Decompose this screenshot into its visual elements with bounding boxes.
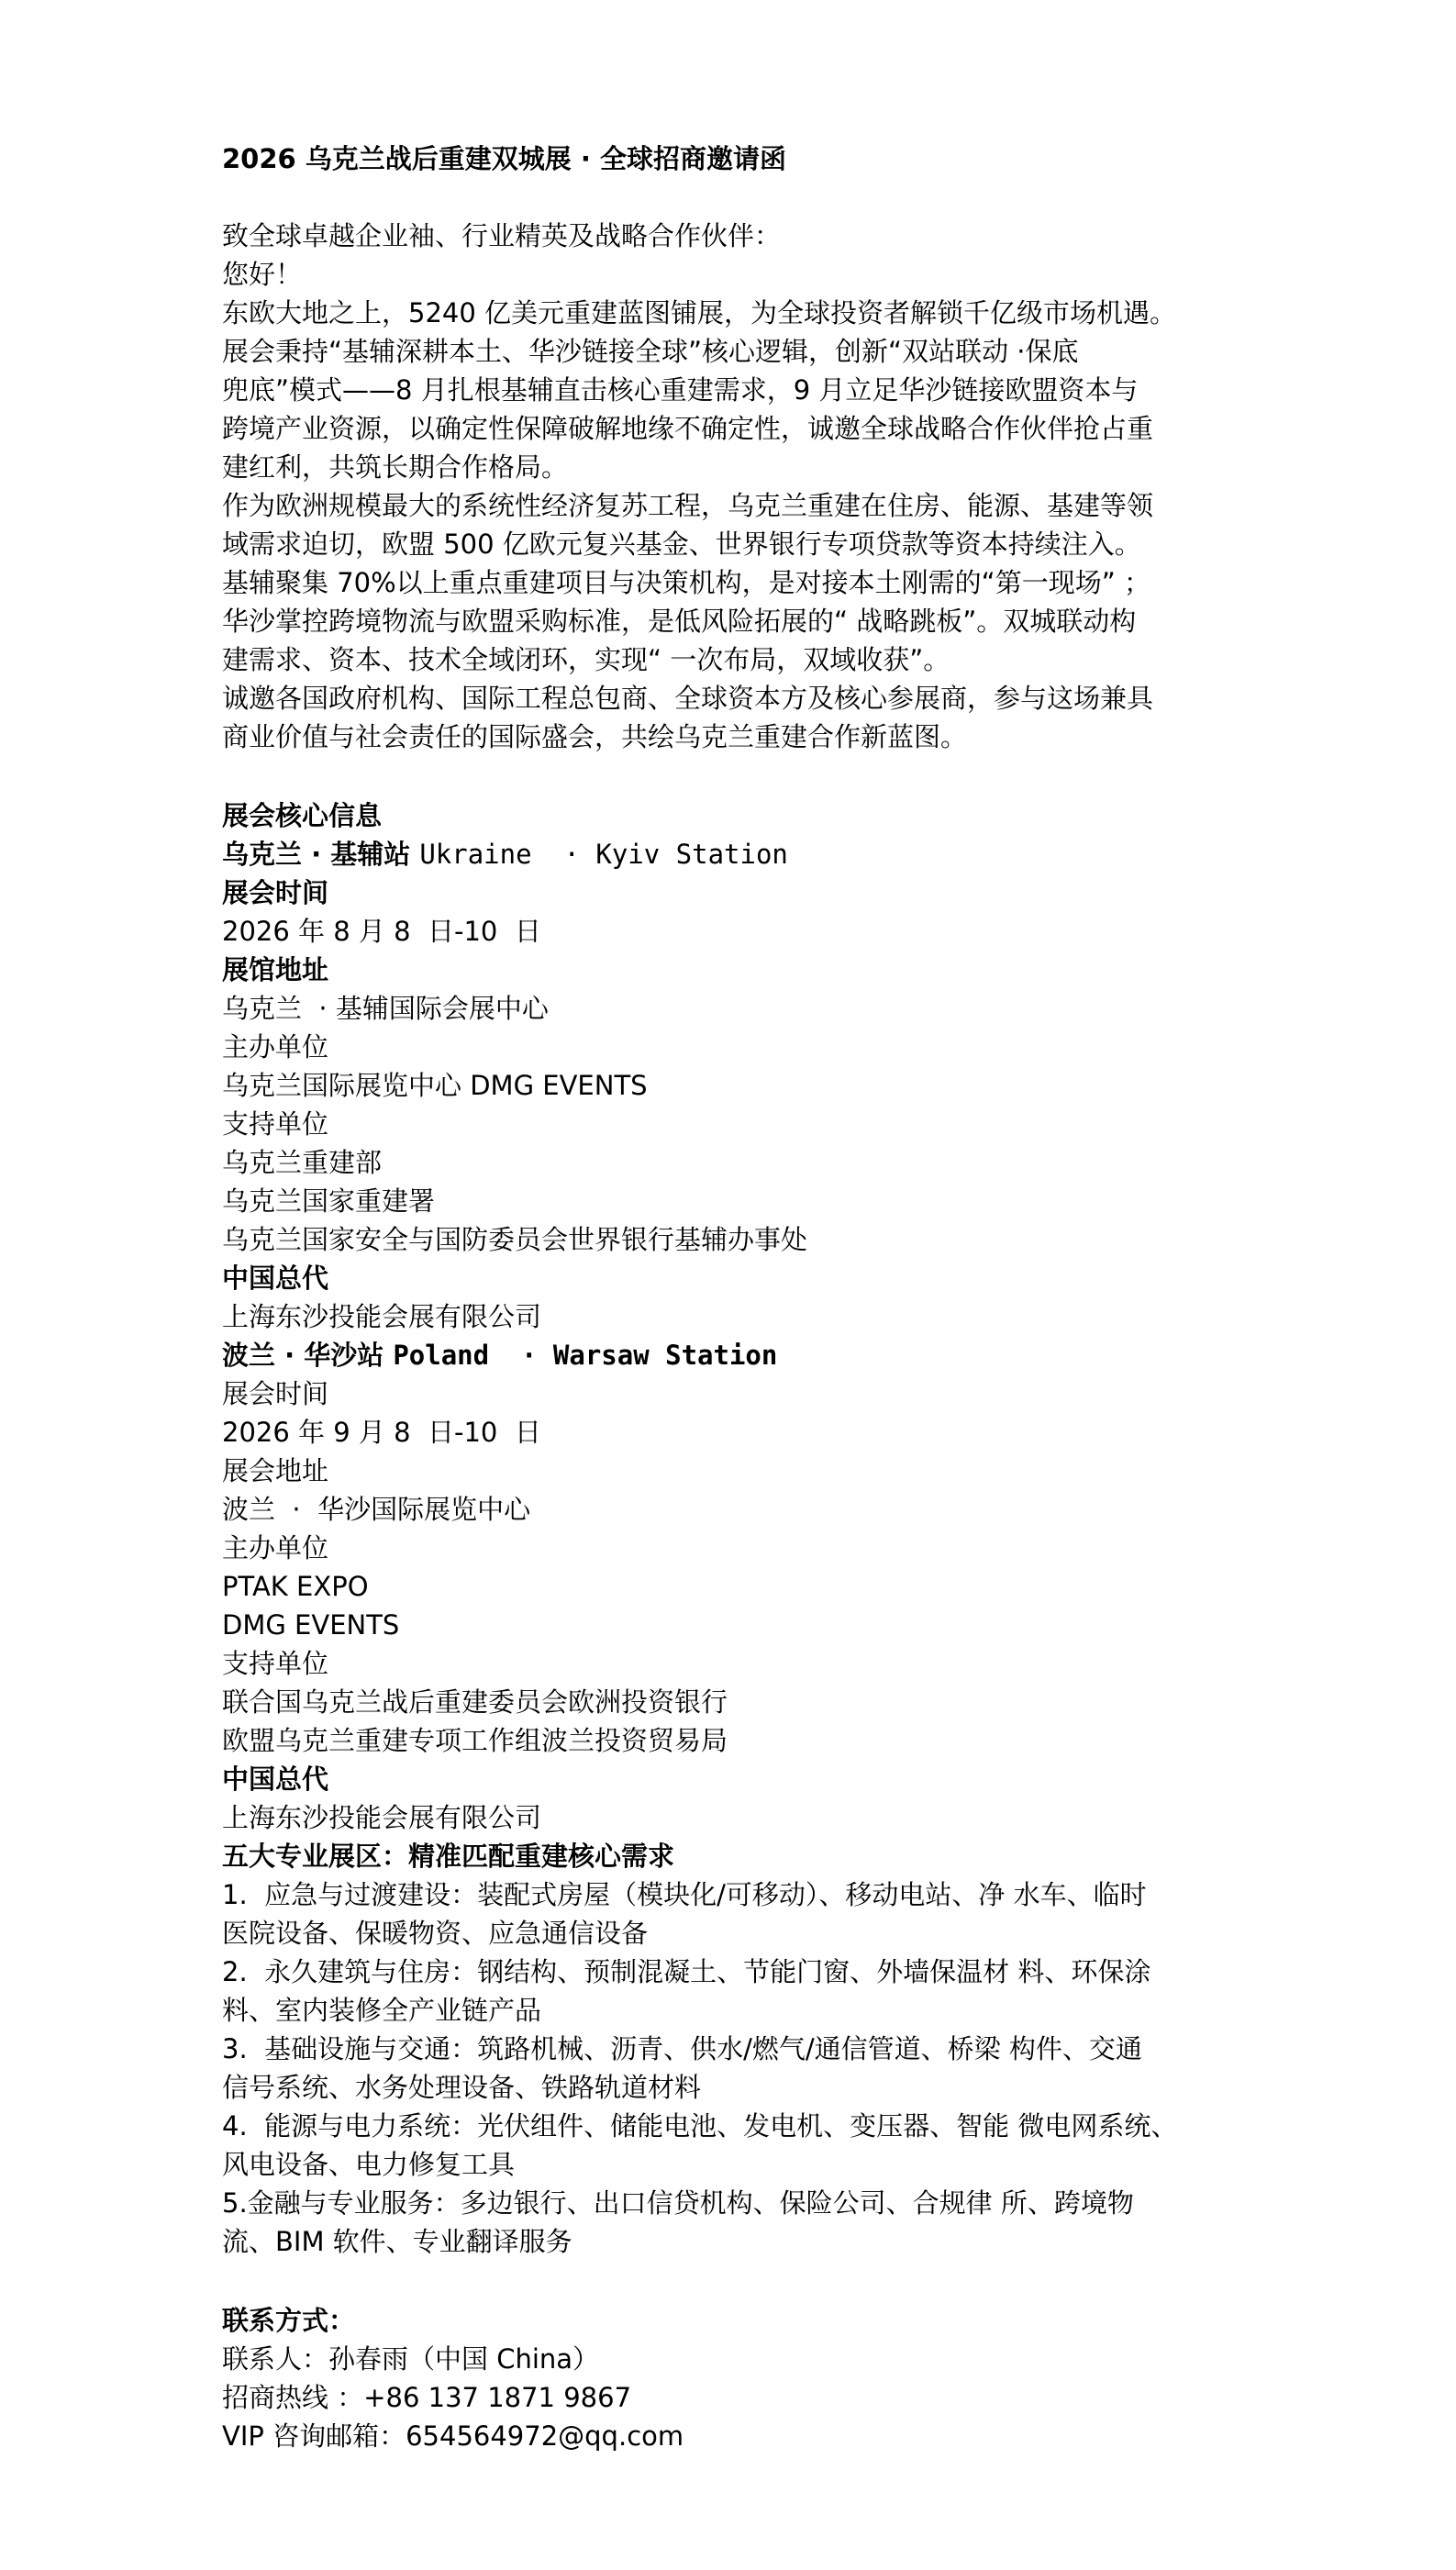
kyiv-supporter: 乌克兰国家安全与国防委员会世界银行基辅办事处: [222, 1220, 1254, 1259]
kyiv-venue-value: 乌克兰 · 基辅国际会展中心: [222, 989, 1254, 1028]
zone-line: 3. 基础设施与交通：筑路机械、沥青、供水/燃气/通信管道、桥梁 构件、交通: [222, 2030, 1254, 2068]
warsaw-agent-value: 上海东沙投能会展有限公司: [222, 1798, 1254, 1837]
warsaw-station-heading: 波兰 · 华沙站 Poland · Warsaw Station: [222, 1336, 1254, 1374]
kyiv-organizer: 乌克兰国际展览中心 DMG EVENTS: [222, 1066, 1254, 1105]
kyiv-supporter: 乌克兰重建部: [222, 1143, 1254, 1182]
paragraph-line: 建红利，共筑长期合作格局。: [222, 448, 1254, 486]
warsaw-station-cn: 波兰 · 华沙站: [222, 1340, 383, 1371]
paragraph-line: 商业价值与社会责任的国际盛会，共绘乌克兰重建合作新蓝图。: [222, 718, 1254, 756]
contact-heading: 联系方式：: [222, 2301, 1254, 2340]
contact-email: VIP 咨询邮箱：654564972@qq.com: [222, 2417, 1254, 2455]
warsaw-organizer: PTAK EXPO: [222, 1567, 1254, 1606]
zone-line: 信号系统、水务处理设备、铁路轨道材料: [222, 2068, 1254, 2107]
kyiv-station-en: Ukraine · Kyiv Station: [419, 839, 788, 870]
kyiv-agent-value: 上海东沙投能会展有限公司: [222, 1297, 1254, 1336]
zone-item: 5.金融与专业服务：多边银行、出口信贷机构、保险公司、合规律 所、跨境物 流、B…: [222, 2184, 1254, 2261]
warsaw-supporter: 联合国乌克兰战后重建委员会欧洲投资银行: [222, 1683, 1254, 1721]
kyiv-agent-label: 中国总代: [222, 1259, 1254, 1297]
kyiv-station-cn: 乌克兰 · 基辅站: [222, 839, 410, 870]
zone-item: 1. 应急与过渡建设：装配式房屋（模块化/可移动）、移动电站、净 水车、临时 医…: [222, 1875, 1254, 1953]
zone-line: 料、室内装修全产业链产品: [222, 1991, 1254, 2030]
warsaw-organizer-label: 主办单位: [222, 1529, 1254, 1567]
salutation: 致全球卓越企业袖、行业精英及战略合作伙伴：: [222, 217, 1254, 255]
greeting-hello: 您好！: [222, 255, 1254, 294]
zone-line: 2. 永久建筑与住房：钢结构、预制混凝土、节能门窗、外墙保温材 料、环保涂: [222, 1953, 1254, 1991]
paragraph-line: 建需求、资本、技术全域闭环，实现“ 一次布局，双域收获”。: [222, 640, 1254, 679]
paragraph-line: 兜底”模式——8 月扎根基辅直击核心重建需求，9 月立足华沙链接欧盟资本与: [222, 371, 1254, 409]
zones-heading: 五大专业展区：精准匹配重建核心需求: [222, 1837, 1254, 1875]
kyiv-organizer-label: 主办单位: [222, 1028, 1254, 1066]
zone-item: 2. 永久建筑与住房：钢结构、预制混凝土、节能门窗、外墙保温材 料、环保涂 料、…: [222, 1953, 1254, 2030]
zone-line: 1. 应急与过渡建设：装配式房屋（模块化/可移动）、移动电站、净 水车、临时: [222, 1875, 1254, 1914]
zone-line: 流、BIM 软件、专业翻译服务: [222, 2222, 1254, 2261]
warsaw-time-value: 2026 年 9 月 8 日-10 日: [222, 1413, 1254, 1452]
spacer: [222, 178, 1254, 217]
warsaw-station-en: Poland · Warsaw Station: [393, 1340, 777, 1371]
contact-hotline: 招商热线 ：+86 137 1871 9867: [222, 2378, 1254, 2417]
zone-line: 医院设备、保暖物资、应急通信设备: [222, 1914, 1254, 1953]
paragraph-line: 东欧大地之上，5240 亿美元重建蓝图铺展，为全球投资者解锁千亿级市场机遇。: [222, 294, 1254, 332]
kyiv-time-label: 展会时间: [222, 873, 1254, 912]
warsaw-supporter-label: 支持单位: [222, 1644, 1254, 1683]
kyiv-time-value: 2026 年 8 月 8 日-10 日: [222, 912, 1254, 951]
kyiv-venue-label: 展馆地址: [222, 951, 1254, 989]
intro-paragraph-3: 诚邀各国政府机构、国际工程总包商、全球资本方及核心参展商，参与这场兼具 商业价值…: [222, 679, 1254, 756]
warsaw-agent-label: 中国总代: [222, 1760, 1254, 1798]
zone-item: 4. 能源与电力系统：光伏组件、储能电池、发电机、变压器、智能 微电网系统、 风…: [222, 2107, 1254, 2184]
warsaw-time-label: 展会时间: [222, 1374, 1254, 1413]
paragraph-line: 跨境产业资源，以确定性保障破解地缘不确定性，诚邀全球战略合作伙伴抢占重: [222, 409, 1254, 448]
kyiv-supporter-label: 支持单位: [222, 1105, 1254, 1143]
paragraph-line: 展会秉持“基辅深耕本土、华沙链接全球”核心逻辑，创新“双站联动 ·保底: [222, 332, 1254, 371]
document-title: 2026 乌克兰战后重建双城展 · 全球招商邀请函: [222, 139, 1254, 178]
paragraph-line: 华沙掌控跨境物流与欧盟采购标准，是低风险拓展的“ 战略跳板”。双城联动构: [222, 602, 1254, 640]
invitation-document: 2026 乌克兰战后重建双城展 · 全球招商邀请函 致全球卓越企业袖、行业精英及…: [222, 139, 1254, 2455]
zone-item: 3. 基础设施与交通：筑路机械、沥青、供水/燃气/通信管道、桥梁 构件、交通 信…: [222, 2030, 1254, 2107]
spacer: [222, 756, 1254, 796]
warsaw-venue-value: 波兰 · 华沙国际展览中心: [222, 1490, 1254, 1529]
intro-paragraph-1: 东欧大地之上，5240 亿美元重建蓝图铺展，为全球投资者解锁千亿级市场机遇。 展…: [222, 294, 1254, 486]
warsaw-organizer: DMG EVENTS: [222, 1606, 1254, 1644]
zone-line: 4. 能源与电力系统：光伏组件、储能电池、发电机、变压器、智能 微电网系统、: [222, 2107, 1254, 2145]
paragraph-line: 作为欧洲规模最大的系统性经济复苏工程，乌克兰重建在住房、能源、基建等领: [222, 486, 1254, 525]
warsaw-supporter: 欧盟乌克兰重建专项工作组波兰投资贸易局: [222, 1721, 1254, 1760]
zone-line: 5.金融与专业服务：多边银行、出口信贷机构、保险公司、合规律 所、跨境物: [222, 2184, 1254, 2222]
paragraph-line: 诚邀各国政府机构、国际工程总包商、全球资本方及核心参展商，参与这场兼具: [222, 679, 1254, 718]
contact-person: 联系人：孙春雨（中国 China）: [222, 2340, 1254, 2378]
kyiv-supporter: 乌克兰国家重建署: [222, 1182, 1254, 1220]
intro-paragraph-2: 作为欧洲规模最大的系统性经济复苏工程，乌克兰重建在住房、能源、基建等领 域需求迫…: [222, 486, 1254, 679]
paragraph-line: 域需求迫切，欧盟 500 亿欧元复兴基金、世界银行专项贷款等资本持续注入。: [222, 525, 1254, 563]
zone-line: 风电设备、电力修复工具: [222, 2145, 1254, 2184]
warsaw-venue-label: 展会地址: [222, 1452, 1254, 1490]
spacer: [222, 2261, 1254, 2301]
paragraph-line: 基辅聚集 70%以上重点重建项目与决策机构，是对接本土刚需的“第一现场” ；: [222, 563, 1254, 602]
core-info-heading: 展会核心信息: [222, 796, 1254, 835]
kyiv-station-heading: 乌克兰 · 基辅站 Ukraine · Kyiv Station: [222, 835, 1254, 873]
